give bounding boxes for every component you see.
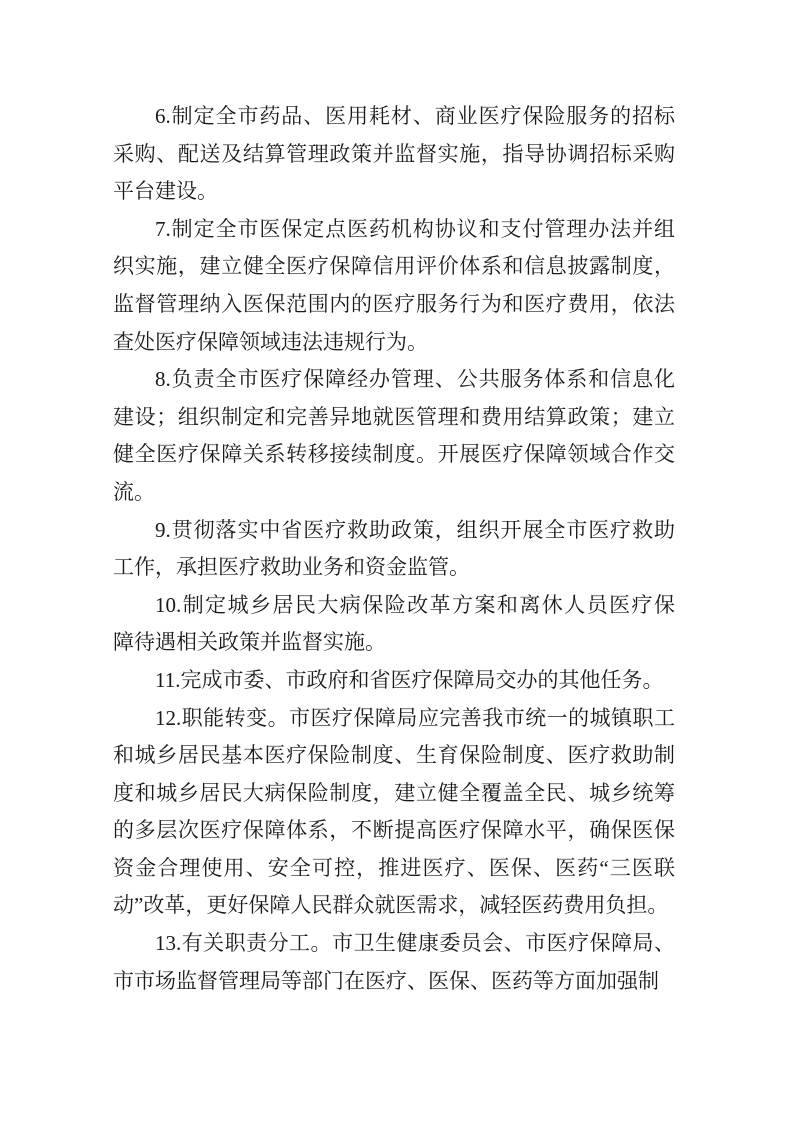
text-line: 建设；组织制定和完善异地就医管理和费用结算政策；建立 xyxy=(113,399,675,437)
document-body: 6.制定全市药品、医用耗材、商业医疗保险服务的招标采购、配送及结算管理政策并监督… xyxy=(113,98,675,1000)
text-line: 健全医疗保障关系转移接续制度。开展医疗保障领域合作交 xyxy=(113,436,675,474)
text-line: 监督管理纳入医保范围内的医疗服务行为和医疗费用，依法 xyxy=(113,286,675,324)
paragraph: 6.制定全市药品、医用耗材、商业医疗保险服务的招标采购、配送及结算管理政策并监督… xyxy=(113,98,675,211)
text-line: 10.制定城乡居民大病保险改革方案和离休人员医疗保 xyxy=(113,587,675,625)
document-page: 6.制定全市药品、医用耗材、商业医疗保险服务的招标采购、配送及结算管理政策并监督… xyxy=(0,0,793,1122)
text-line: 织实施，建立健全医疗保障信用评价体系和信息披露制度， xyxy=(113,248,675,286)
paragraph: 10.制定城乡居民大病保险改革方案和离休人员医疗保障待遇相关政策并监督实施。 xyxy=(113,587,675,662)
text-line: 的多层次医疗保障体系，不断提高医疗保障水平，确保医保 xyxy=(113,812,675,850)
text-line: 度和城乡居民大病保险制度，建立健全覆盖全民、城乡统筹 xyxy=(113,775,675,813)
text-line: 11.完成市委、市政府和省医疗保障局交办的其他任务。 xyxy=(113,662,675,700)
paragraph: 8.负责全市医疗保障经办管理、公共服务体系和信息化建设；组织制定和完善异地就医管… xyxy=(113,361,675,511)
paragraph: 9.贯彻落实中省医疗救助政策，组织开展全市医疗救助工作，承担医疗救助业务和资金监… xyxy=(113,512,675,587)
text-line: 和城乡居民基本医疗保险制度、生育保险制度、医疗救助制 xyxy=(113,737,675,775)
text-line: 平台建设。 xyxy=(113,173,675,211)
text-line: 9.贯彻落实中省医疗救助政策，组织开展全市医疗救助 xyxy=(113,512,675,550)
text-line: 6.制定全市药品、医用耗材、商业医疗保险服务的招标 xyxy=(113,98,675,136)
paragraph: 12.职能转变。市医疗保障局应完善我市统一的城镇职工和城乡居民基本医疗保险制度、… xyxy=(113,700,675,926)
text-line: 工作，承担医疗救助业务和资金监管。 xyxy=(113,549,675,587)
text-line: 8.负责全市医疗保障经办管理、公共服务体系和信息化 xyxy=(113,361,675,399)
text-line: 13.有关职责分工。市卫生健康委员会、市医疗保障局、 xyxy=(113,925,675,963)
text-line: 资金合理使用、安全可控，推进医疗、医保、医药“三医联 xyxy=(113,850,675,888)
text-line: 7.制定全市医保定点医药机构协议和支付管理办法并组 xyxy=(113,211,675,249)
text-line: 查处医疗保障领域违法违规行为。 xyxy=(113,324,675,362)
paragraph: 13.有关职责分工。市卫生健康委员会、市医疗保障局、市市场监督管理局等部门在医疗… xyxy=(113,925,675,1000)
text-line: 流。 xyxy=(113,474,675,512)
text-line: 动”改革，更好保障人民群众就医需求，减轻医药费用负担。 xyxy=(113,887,675,925)
text-line: 市市场监督管理局等部门在医疗、医保、医药等方面加强制 xyxy=(113,963,675,1001)
text-line: 12.职能转变。市医疗保障局应完善我市统一的城镇职工 xyxy=(113,700,675,738)
paragraph: 11.完成市委、市政府和省医疗保障局交办的其他任务。 xyxy=(113,662,675,700)
text-line: 障待遇相关政策并监督实施。 xyxy=(113,624,675,662)
text-line: 采购、配送及结算管理政策并监督实施，指导协调招标采购 xyxy=(113,136,675,174)
paragraph: 7.制定全市医保定点医药机构协议和支付管理办法并组织实施，建立健全医疗保障信用评… xyxy=(113,211,675,361)
